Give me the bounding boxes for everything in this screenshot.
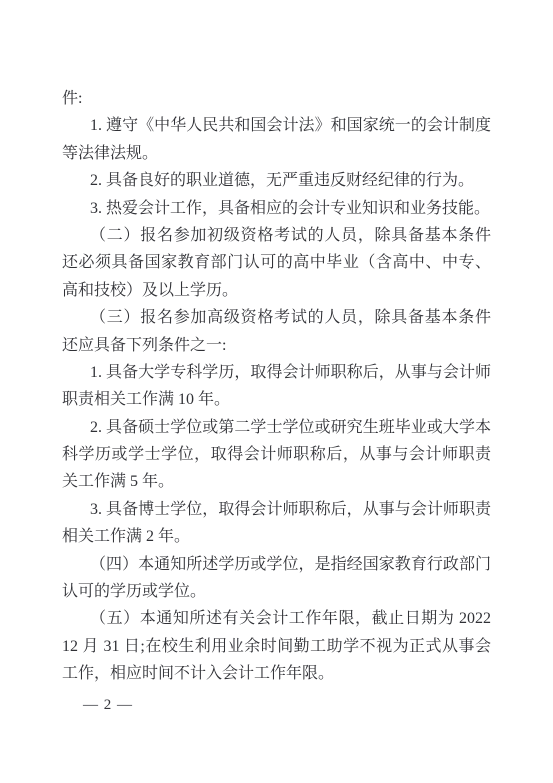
- text-line: 科学历或学士学位，取得会计师职称后，从事与会计师职责相: [62, 441, 491, 468]
- text-line: 1. 遵守《中华人民共和国会计法》和国家统一的会计制度: [62, 112, 491, 139]
- text-line: 认可的学历或学位。: [62, 578, 491, 605]
- text-line: （四）本通知所述学历或学位，是指经国家教育行政部门: [62, 551, 491, 578]
- text-line: 3. 具备博士学位，取得会计师职称后，从事与会计师职责: [62, 496, 491, 523]
- text-line: 相关工作满 2 年。: [62, 523, 491, 550]
- text-line: 3. 热爱会计工作，具备相应的会计专业知识和业务技能。: [62, 195, 491, 222]
- body-text: 件: 1. 遵守《中华人民共和国会计法》和国家统一的会计制度 等法律法规。 2.…: [62, 85, 491, 688]
- text-line: 还应具备下列条件之一:: [62, 332, 491, 359]
- text-line: 等法律法规。: [62, 140, 491, 167]
- text-line: 2. 具备硕士学位或第二学士学位或研究生班毕业或大学本: [62, 414, 491, 441]
- text-line: 关工作满 5 年。: [62, 468, 491, 495]
- text-line: 还必须具备国家教育部门认可的高中毕业（含高中、中专、职: [62, 249, 491, 276]
- text-line: 2. 具备良好的职业道德，无严重违反财经纪律的行为。: [62, 167, 491, 194]
- text-line: （五）本通知所述有关会计工作年限，截止日期为 2022 年: [62, 605, 491, 632]
- text-line: （二）报名参加初级资格考试的人员，除具备基本条件外，: [62, 222, 491, 249]
- text-line: 1. 具备大学专科学历，取得会计师职称后，从事与会计师: [62, 359, 491, 386]
- text-line: 12 月 31 日;在校生利用业余时间勤工助学不视为正式从事会计: [62, 633, 491, 660]
- page-number: — 2 —: [83, 696, 133, 714]
- text-line: 工作，相应时间不计入会计工作年限。: [62, 660, 491, 687]
- text-line: （三）报名参加高级资格考试的人员，除具备基本条件外，: [62, 304, 491, 331]
- text-line: 高和技校）及以上学历。: [62, 277, 491, 304]
- text-line: 职责相关工作满 10 年。: [62, 386, 491, 413]
- text-line: 件:: [62, 85, 491, 112]
- document-page: 件: 1. 遵守《中华人民共和国会计法》和国家统一的会计制度 等法律法规。 2.…: [0, 0, 553, 783]
